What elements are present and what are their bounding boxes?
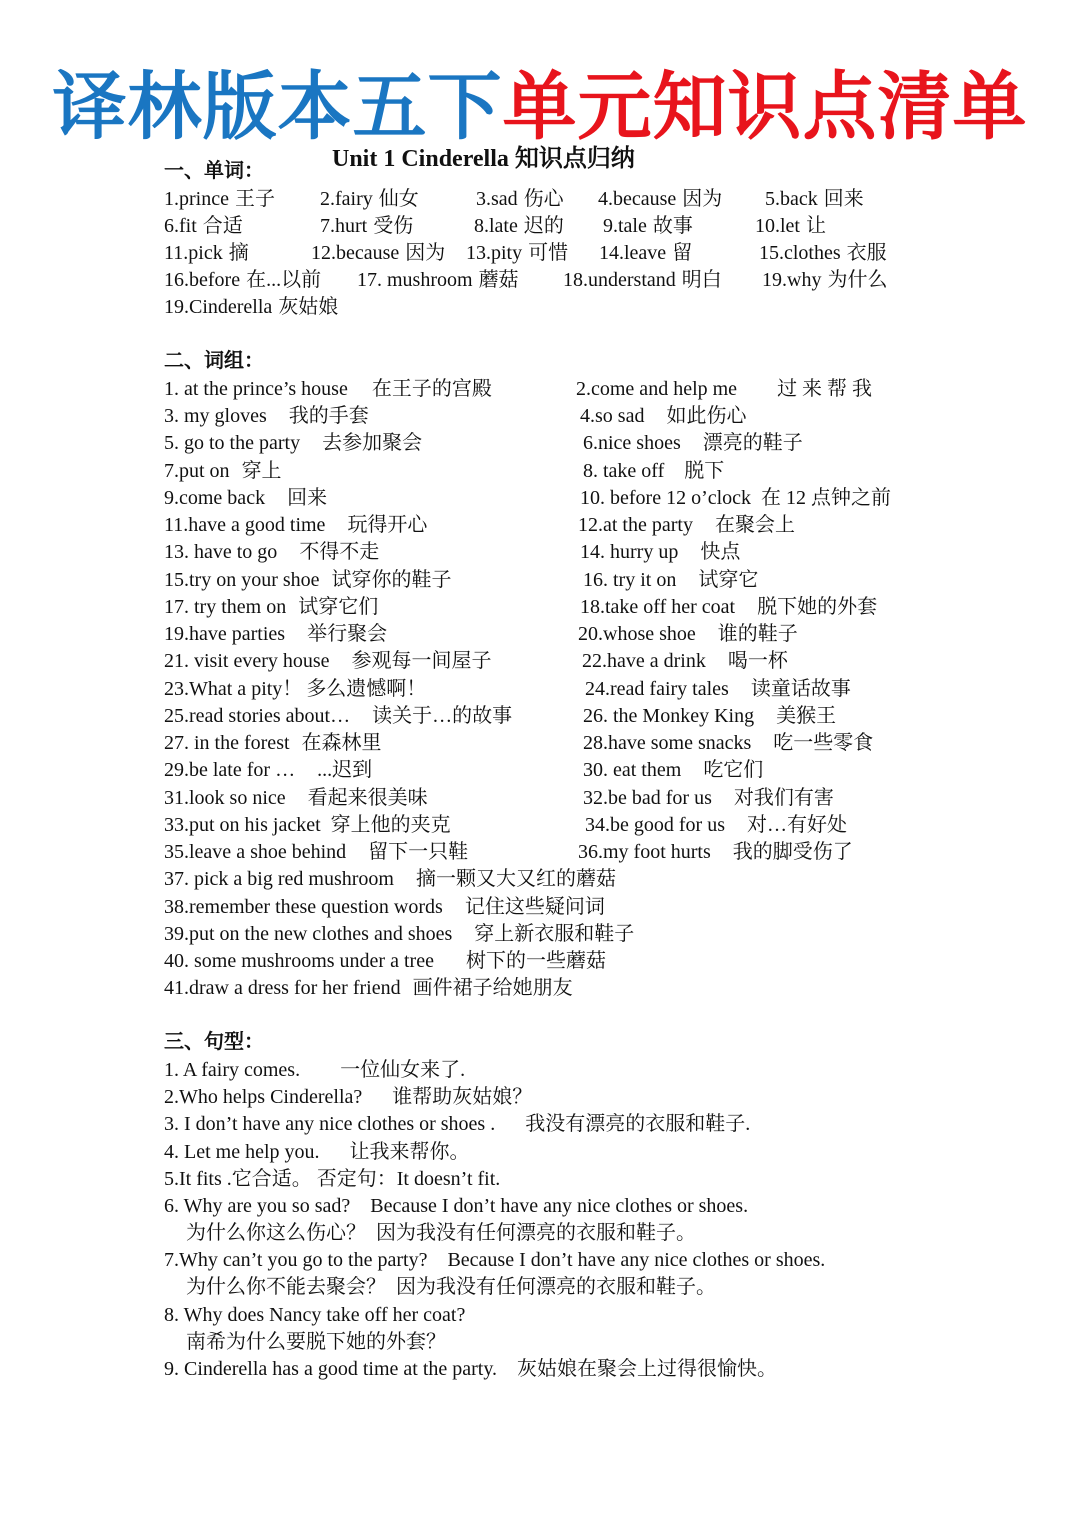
vocab-zh: 王子 bbox=[235, 188, 275, 210]
phrase-en: 18.take off her coat bbox=[580, 596, 735, 618]
vocab-item: 16.before在...以前 bbox=[164, 267, 321, 293]
phrase-item: 14. hurry up快点 bbox=[580, 539, 740, 565]
phrase-en: 15.try on your shoe bbox=[164, 569, 320, 591]
page-title-red: 单元知识点清单 bbox=[503, 64, 1028, 150]
phrase-item: 21. visit every house参观每一间屋子 bbox=[164, 648, 492, 674]
vocab-zh: 受伤 bbox=[373, 215, 413, 237]
phrase-zh: 留下一只鞋 bbox=[368, 841, 468, 863]
phrase-item: 22.have a drink喝一杯 bbox=[582, 648, 788, 674]
vocab-zh: 让 bbox=[806, 215, 826, 237]
phrase-zh: 在森林里 bbox=[302, 732, 382, 754]
phrase-item: 25.read stories about…读关于…的故事 bbox=[164, 703, 512, 729]
phrase-zh: 摘一颗又大又红的蘑菇 bbox=[416, 868, 616, 890]
phrase-zh: 脱下她的外套 bbox=[757, 596, 877, 618]
phrase-item: 23.What a pity！多么遗憾啊！ bbox=[164, 676, 426, 702]
phrase-en: 27. in the forest bbox=[164, 732, 290, 754]
vocab-zh: 故事 bbox=[653, 215, 693, 237]
phrase-zh: 记住这些疑问词 bbox=[465, 896, 605, 918]
phrase-zh: 举行聚会 bbox=[307, 623, 387, 645]
phrase-zh: 对…有好处 bbox=[747, 814, 847, 836]
phrase-zh: 过 来 帮 我 bbox=[777, 378, 872, 400]
phrase-en: 29.be late for … bbox=[164, 759, 295, 781]
phrase-zh: 试穿你的鞋子 bbox=[332, 569, 452, 591]
phrase-en: 14. hurry up bbox=[580, 541, 678, 563]
phrase-en: 34.be good for us bbox=[585, 814, 725, 836]
phrase-item: 2.come and help me过 来 帮 我 bbox=[576, 376, 872, 402]
phrase-item: 27. in the forest在森林里 bbox=[164, 730, 382, 756]
vocab-en: 1.prince bbox=[164, 188, 229, 210]
phrase-item: 12.at the party在聚会上 bbox=[578, 512, 795, 538]
page-title: 译林版本五下单元知识点清单 bbox=[0, 66, 1080, 148]
phrase-item: 24.read fairy tales读童话故事 bbox=[585, 676, 851, 702]
vocab-item: 7.hurt受伤 bbox=[320, 213, 413, 239]
phrases-heading: 二、词组： bbox=[164, 348, 264, 374]
phrase-zh: 树下的一些蘑菇 bbox=[466, 950, 606, 972]
phrase-zh: 如此伤心 bbox=[666, 405, 746, 427]
phrase-en: 7.put on bbox=[164, 460, 230, 482]
phrase-en: 1. at the prince’s house bbox=[164, 378, 348, 400]
vocab-zh: 回来 bbox=[824, 188, 864, 210]
page-title-blue: 译林版本五下 bbox=[53, 64, 503, 150]
phrase-en: 23.What a pity！ bbox=[164, 678, 302, 700]
phrase-zh: 喝一杯 bbox=[728, 650, 788, 672]
phrase-en: 33.put on his jacket bbox=[164, 814, 321, 836]
phrase-item: 4.so sad如此伤心 bbox=[580, 403, 746, 429]
vocab-zh: 灰姑娘 bbox=[278, 296, 338, 318]
phrase-en: 39.put on the new clothes and shoes bbox=[164, 923, 452, 945]
phrase-en: 40. some mushrooms under a tree bbox=[164, 950, 434, 972]
phrase-en: 3. my gloves bbox=[164, 405, 267, 427]
sentence-line: 8. Why does Nancy take off her coat? bbox=[164, 1302, 465, 1328]
phrase-zh: 画件裙子给她朋友 bbox=[413, 977, 573, 999]
phrase-en: 31.look so nice bbox=[164, 787, 286, 809]
phrase-en: 41.draw a dress for her friend bbox=[164, 977, 401, 999]
sentence-line: 2.Who helps Cinderella? 谁帮助灰姑娘？ bbox=[164, 1084, 532, 1110]
vocab-zh: 因为 bbox=[405, 242, 445, 264]
phrase-item: 26. the Monkey King美猴王 bbox=[583, 703, 836, 729]
vocab-en: 19.Cinderella bbox=[164, 296, 272, 318]
vocab-en: 4.because bbox=[598, 188, 676, 210]
phrase-item: 36.my foot hurts我的脚受伤了 bbox=[578, 839, 853, 865]
vocab-en: 13.pity bbox=[466, 242, 522, 264]
phrase-en: 21. visit every house bbox=[164, 650, 330, 672]
vocab-item: 5.back回来 bbox=[765, 186, 864, 212]
phrase-en: 26. the Monkey King bbox=[583, 705, 754, 727]
vocab-en: 17. mushroom bbox=[357, 269, 473, 291]
sentence-translation: 为什么你不能去聚会？ 因为我没有任何漂亮的衣服和鞋子。 bbox=[186, 1274, 716, 1300]
phrase-zh: ...迟到 bbox=[317, 759, 372, 781]
phrase-zh: 穿上 bbox=[242, 460, 282, 482]
phrase-en: 17. try them on bbox=[164, 596, 286, 618]
sentence-line: 1. A fairy comes. 一位仙女来了. bbox=[164, 1057, 465, 1083]
vocab-item: 1.prince王子 bbox=[164, 186, 275, 212]
vocabulary-heading: 一、单词： bbox=[164, 158, 264, 184]
phrase-item: 29.be late for …...迟到 bbox=[164, 757, 372, 783]
vocab-item: 9.tale故事 bbox=[603, 213, 693, 239]
vocab-en: 5.back bbox=[765, 188, 818, 210]
vocab-en: 19.why bbox=[762, 269, 821, 291]
phrase-en: 25.read stories about… bbox=[164, 705, 350, 727]
phrase-zh: 去参加聚会 bbox=[322, 432, 422, 454]
vocab-zh: 明白 bbox=[682, 269, 722, 291]
vocab-zh: 衣服 bbox=[847, 242, 887, 264]
phrase-item: 38.remember these question words记住这些疑问词 bbox=[164, 894, 605, 920]
phrase-item: 31.look so nice看起来很美味 bbox=[164, 785, 428, 811]
phrase-zh: 读童话故事 bbox=[751, 678, 851, 700]
vocab-item: 13.pity可惜 bbox=[466, 240, 568, 266]
vocab-en: 15.clothes bbox=[759, 242, 841, 264]
phrase-item: 28.have some snacks吃一些零食 bbox=[583, 730, 873, 756]
sentence-line: 4. Let me help you. 让我来帮你。 bbox=[164, 1139, 470, 1165]
phrase-zh: 吃一些零食 bbox=[773, 732, 873, 754]
phrase-zh: 漂亮的鞋子 bbox=[703, 432, 803, 454]
vocab-item: 19.Cinderella灰姑娘 bbox=[164, 294, 338, 320]
vocab-item: 19.why为什么 bbox=[762, 267, 887, 293]
sentence-line: 5.It fits .它合适。 否定句：It doesn’t fit. bbox=[164, 1166, 500, 1192]
phrase-en: 28.have some snacks bbox=[583, 732, 751, 754]
phrase-zh: 脱下 bbox=[684, 460, 724, 482]
phrase-en: 8. take off bbox=[583, 460, 664, 482]
vocab-en: 18.understand bbox=[563, 269, 676, 291]
phrase-en: 38.remember these question words bbox=[164, 896, 443, 918]
phrase-en: 35.leave a shoe behind bbox=[164, 841, 346, 863]
vocab-zh: 为什么 bbox=[827, 269, 887, 291]
phrase-item: 30. eat them吃它们 bbox=[583, 757, 763, 783]
phrase-en: 20.whose shoe bbox=[578, 623, 696, 645]
phrase-zh: 在聚会上 bbox=[715, 514, 795, 536]
vocab-en: 14.leave bbox=[599, 242, 666, 264]
vocab-item: 11.pick摘 bbox=[164, 240, 249, 266]
phrase-item: 40. some mushrooms under a tree树下的一些蘑菇 bbox=[164, 948, 606, 974]
vocab-en: 7.hurt bbox=[320, 215, 367, 237]
phrase-en: 22.have a drink bbox=[582, 650, 706, 672]
phrase-item: 5. go to the party去参加聚会 bbox=[164, 430, 422, 456]
vocab-item: 17. mushroom蘑菇 bbox=[357, 267, 519, 293]
phrase-zh: 参观每一间屋子 bbox=[352, 650, 492, 672]
phrase-zh: 穿上新衣服和鞋子 bbox=[474, 923, 634, 945]
sentences-heading: 三、句型： bbox=[164, 1029, 264, 1055]
vocab-en: 2.fairy bbox=[320, 188, 373, 210]
phrase-zh: 试穿它们 bbox=[298, 596, 378, 618]
phrase-zh: 回来 bbox=[287, 487, 327, 509]
phrase-zh: 在王子的宫殿 bbox=[372, 378, 492, 400]
sentence-translation: 南希为什么要脱下她的外套？ bbox=[186, 1329, 446, 1355]
phrase-item: 11.have a good time玩得开心 bbox=[164, 512, 427, 538]
phrase-en: 19.have parties bbox=[164, 623, 285, 645]
vocab-zh: 因为 bbox=[682, 188, 722, 210]
vocab-zh: 合适 bbox=[203, 215, 243, 237]
phrase-zh: 不得不走 bbox=[299, 541, 379, 563]
vocab-en: 11.pick bbox=[164, 242, 223, 264]
vocab-zh: 仙女 bbox=[379, 188, 419, 210]
phrase-zh: 多么遗憾啊！ bbox=[306, 678, 426, 700]
vocab-en: 9.tale bbox=[603, 215, 647, 237]
phrase-zh: 我的手套 bbox=[289, 405, 369, 427]
phrase-en: 13. have to go bbox=[164, 541, 277, 563]
phrase-item: 10. before 12 o’clock在 12 点钟之前 bbox=[580, 485, 891, 511]
phrase-zh: 试穿它 bbox=[698, 569, 758, 591]
sentence-line: 3. I don’t have any nice clothes or shoe… bbox=[164, 1111, 750, 1137]
sentence-line: 6. Why are you so sad? Because I don’t h… bbox=[164, 1193, 748, 1219]
phrase-en: 11.have a good time bbox=[164, 514, 325, 536]
phrase-en: 37. pick a big red mushroom bbox=[164, 868, 394, 890]
phrase-en: 24.read fairy tales bbox=[585, 678, 729, 700]
phrase-zh: 读关于…的故事 bbox=[372, 705, 512, 727]
vocab-item: 18.understand明白 bbox=[563, 267, 722, 293]
sentence-line: 7.Why can’t you go to the party? Because… bbox=[164, 1247, 825, 1273]
vocab-zh: 留 bbox=[672, 242, 692, 264]
vocab-en: 3.sad bbox=[476, 188, 518, 210]
phrase-item: 41.draw a dress for her friend画件裙子给她朋友 bbox=[164, 975, 573, 1001]
vocab-zh: 可惜 bbox=[528, 242, 568, 264]
phrase-en: 2.come and help me bbox=[576, 378, 737, 400]
phrase-item: 33.put on his jacket穿上他的夹克 bbox=[164, 812, 451, 838]
vocab-zh: 伤心 bbox=[524, 188, 564, 210]
phrase-item: 34.be good for us对…有好处 bbox=[585, 812, 847, 838]
phrase-en: 5. go to the party bbox=[164, 432, 300, 454]
vocab-item: 14.leave留 bbox=[599, 240, 692, 266]
phrase-en: 32.be bad for us bbox=[583, 787, 712, 809]
phrase-zh: 在 12 点钟之前 bbox=[761, 487, 891, 509]
vocab-item: 4.because因为 bbox=[598, 186, 722, 212]
vocab-en: 6.fit bbox=[164, 215, 197, 237]
phrase-item: 6.nice shoes漂亮的鞋子 bbox=[583, 430, 803, 456]
phrase-item: 37. pick a big red mushroom摘一颗又大又红的蘑菇 bbox=[164, 866, 616, 892]
phrase-item: 20.whose shoe谁的鞋子 bbox=[578, 621, 798, 647]
phrase-zh: 吃它们 bbox=[703, 759, 763, 781]
phrase-zh: 穿上他的夹克 bbox=[331, 814, 451, 836]
phrase-zh: 快点 bbox=[700, 541, 740, 563]
sentence-translation: 为什么你这么伤心？ 因为我没有任何漂亮的衣服和鞋子。 bbox=[186, 1220, 696, 1246]
vocab-item: 6.fit合适 bbox=[164, 213, 243, 239]
phrase-item: 16. try it on试穿它 bbox=[583, 567, 758, 593]
phrase-item: 9.come back回来 bbox=[164, 485, 327, 511]
vocab-item: 12.because因为 bbox=[311, 240, 445, 266]
phrase-item: 35.leave a shoe behind留下一只鞋 bbox=[164, 839, 468, 865]
vocab-item: 3.sad伤心 bbox=[476, 186, 564, 212]
phrase-item: 8. take off脱下 bbox=[583, 458, 724, 484]
vocab-en: 12.because bbox=[311, 242, 399, 264]
vocab-en: 10.let bbox=[755, 215, 800, 237]
phrase-item: 17. try them on试穿它们 bbox=[164, 594, 378, 620]
phrase-en: 4.so sad bbox=[580, 405, 644, 427]
phrase-zh: 美猴王 bbox=[776, 705, 836, 727]
phrase-en: 16. try it on bbox=[583, 569, 676, 591]
phrase-en: 10. before 12 o’clock bbox=[580, 487, 751, 509]
phrase-zh: 我的脚受伤了 bbox=[733, 841, 853, 863]
phrase-item: 19.have parties举行聚会 bbox=[164, 621, 387, 647]
phrase-en: 6.nice shoes bbox=[583, 432, 681, 454]
phrase-en: 36.my foot hurts bbox=[578, 841, 711, 863]
vocab-item: 2.fairy仙女 bbox=[320, 186, 419, 212]
vocab-en: 8.late bbox=[474, 215, 518, 237]
unit-title: Unit 1 Cinderella 知识点归纳 bbox=[332, 144, 635, 174]
phrase-item: 1. at the prince’s house在王子的宫殿 bbox=[164, 376, 492, 402]
phrase-zh: 谁的鞋子 bbox=[718, 623, 798, 645]
sentence-line: 9. Cinderella has a good time at the par… bbox=[164, 1356, 777, 1382]
vocab-zh: 迟的 bbox=[524, 215, 564, 237]
vocab-item: 8.late迟的 bbox=[474, 213, 564, 239]
vocab-zh: 摘 bbox=[229, 242, 249, 264]
phrase-zh: 对我们有害 bbox=[734, 787, 834, 809]
phrase-item: 7.put on穿上 bbox=[164, 458, 282, 484]
vocab-en: 16.before bbox=[164, 269, 240, 291]
vocab-zh: 在...以前 bbox=[246, 269, 321, 291]
vocab-item: 15.clothes衣服 bbox=[759, 240, 887, 266]
phrase-en: 30. eat them bbox=[583, 759, 681, 781]
vocab-zh: 蘑菇 bbox=[479, 269, 519, 291]
vocab-item: 10.let让 bbox=[755, 213, 826, 239]
phrase-item: 3. my gloves我的手套 bbox=[164, 403, 369, 429]
phrase-item: 32.be bad for us对我们有害 bbox=[583, 785, 834, 811]
phrase-en: 9.come back bbox=[164, 487, 265, 509]
phrase-en: 12.at the party bbox=[578, 514, 693, 536]
phrase-zh: 看起来很美味 bbox=[308, 787, 428, 809]
phrase-item: 39.put on the new clothes and shoes穿上新衣服… bbox=[164, 921, 634, 947]
phrase-item: 18.take off her coat脱下她的外套 bbox=[580, 594, 877, 620]
phrase-zh: 玩得开心 bbox=[347, 514, 427, 536]
phrase-item: 15.try on your shoe试穿你的鞋子 bbox=[164, 567, 452, 593]
phrase-item: 13. have to go不得不走 bbox=[164, 539, 379, 565]
